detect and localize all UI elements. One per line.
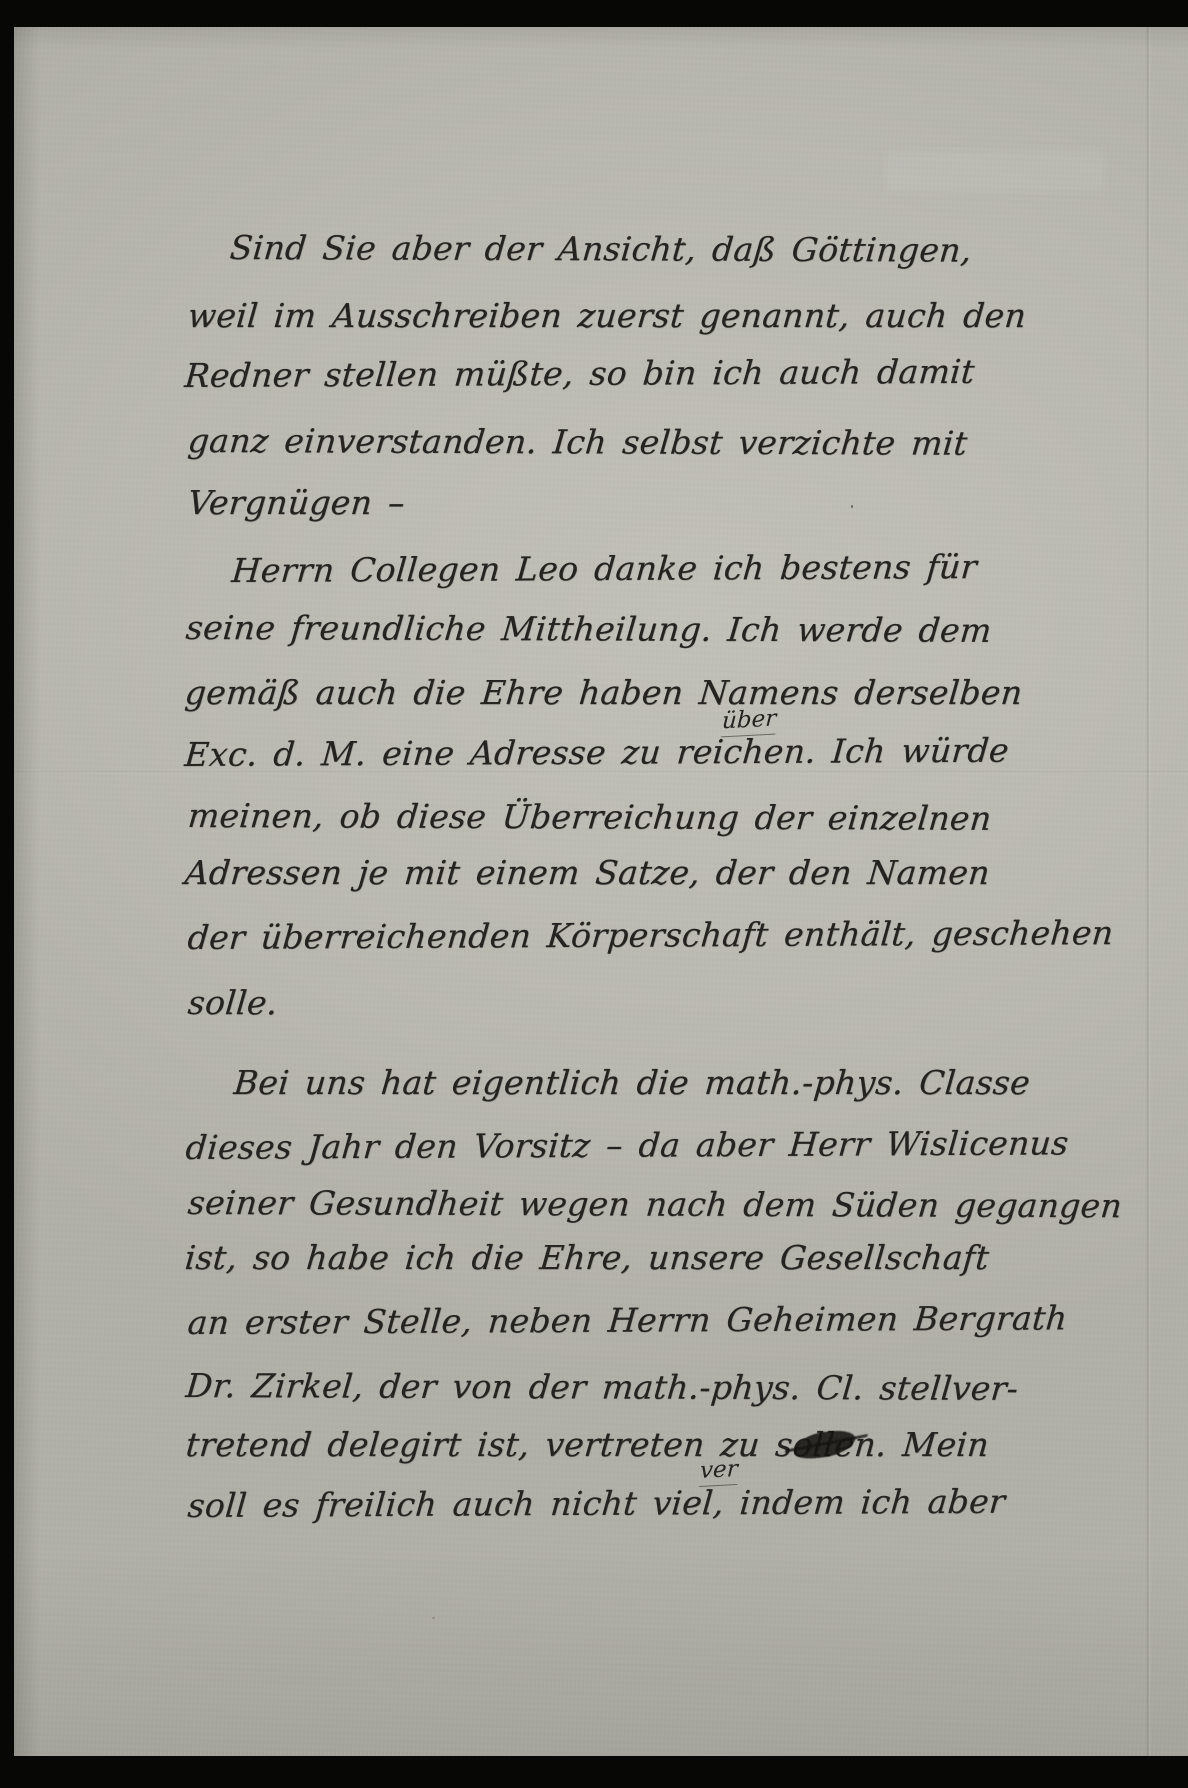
letter-page: Sind Sie aber der Ansicht, daß Göttingen…	[14, 27, 1188, 1756]
handwritten-line: weil im Ausschreiben zuerst genannt, auc…	[186, 294, 1028, 338]
handwritten-line: Sind Sie aber der Ansicht, daß Göttingen…	[228, 226, 974, 273]
handwritten-line: meinen, ob diese Überreichung der einzel…	[186, 794, 993, 841]
handwritten-line: seiner Gesundheit wegen nach dem Süden g…	[186, 1181, 1124, 1228]
handwritten-line: der überreichenden Körperschaft enthält,…	[186, 911, 1115, 960]
handwritten-text-block: Sind Sie aber der Ansicht, daß Göttingen…	[14, 27, 1188, 1756]
handwritten-line: Adressen je mit einem Satze, der den Nam…	[183, 851, 992, 895]
interline-insertion-ueber: über	[721, 705, 777, 738]
handwritten-line: tretend delegirt ist, vertreten zu solle…	[184, 1423, 991, 1467]
handwritten-line: seine freundliche Mittheilung. Ich werde…	[184, 606, 994, 653]
ink-speck	[682, 242, 685, 245]
handwritten-line: dieses Jahr den Vorsitz – da aber Herr W…	[184, 1121, 1070, 1170]
ink-speck	[851, 505, 853, 508]
handwritten-line: Redner stellen müßte, so bin ich auch da…	[183, 350, 976, 398]
ink-speck	[432, 1617, 435, 1619]
handwritten-line: ist, so habe ich die Ehre, unsere Gesell…	[183, 1236, 991, 1280]
handwritten-line: ganz einverstanden. Ich selbst verzichte…	[186, 419, 969, 466]
handwritten-line: Vergnügen –	[186, 481, 407, 525]
handwritten-line: Exc. d. M. eine Adresse zu reichen. Ich …	[183, 729, 1011, 777]
handwritten-line: gemäß auch die Ehre haben Namens derselb…	[183, 671, 1024, 715]
scan-background: Sind Sie aber der Ansicht, daß Göttingen…	[0, 0, 1188, 1788]
handwritten-line: Bei uns hat eigentlich die math.-phys. C…	[232, 1061, 1032, 1105]
handwritten-line: soll es freilich auch nicht viel, indem …	[186, 1480, 1007, 1528]
handwritten-line: Herrn Collegen Leo danke ich bestens für	[230, 545, 979, 593]
handwritten-line: solle.	[186, 981, 280, 1025]
handwritten-line: Dr. Zirkel, der von der math.-phys. Cl. …	[184, 1364, 1020, 1411]
interline-insertion-ver: ver	[699, 1455, 738, 1487]
handwritten-line: an erster Stelle, neben Herrn Geheimen B…	[186, 1296, 1069, 1345]
